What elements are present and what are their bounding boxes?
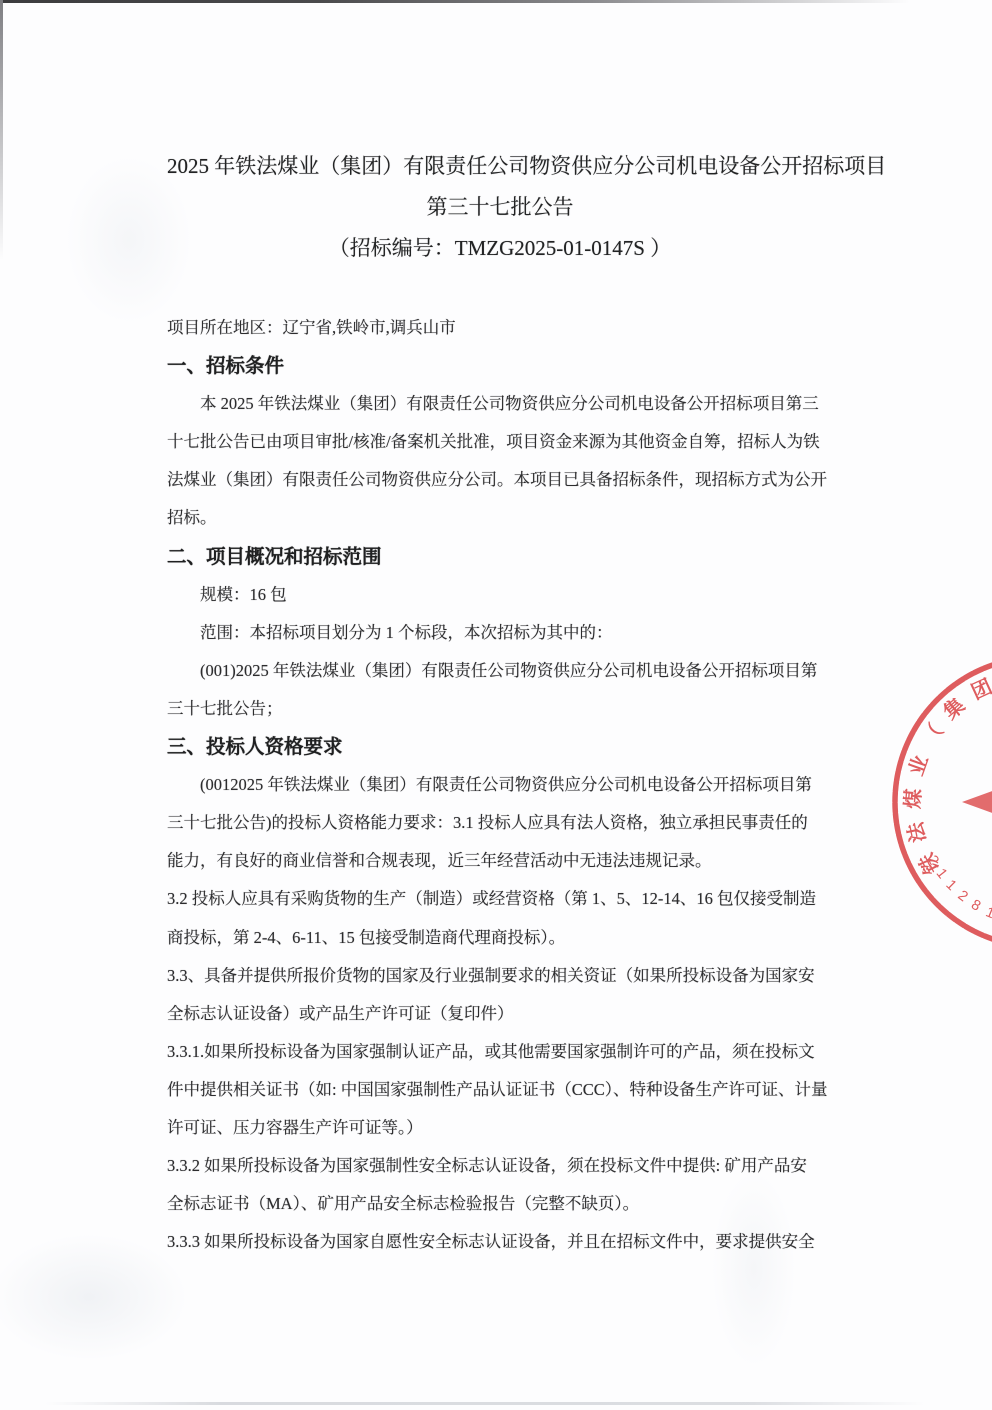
seal-serial-number: 2112810010 bbox=[924, 853, 992, 932]
title-block: 2025 年铁法煤业（集团）有限责任公司物资供应分公司机电设备公开招标项目第三十… bbox=[167, 146, 833, 269]
text-line: 十七批公告已由项目审批/核准/备案机关批准，项目资金来源为其他资金自筹，招标人为… bbox=[167, 423, 833, 461]
section-heading: 一、招标条件 bbox=[167, 347, 833, 385]
text-line: 三十七批公告)的投标人资格能力要求：3.1 投标人应具有法人资格，独立承担民事责… bbox=[167, 804, 833, 842]
text-line: 件中提供相关证书（如: 中国国家强制性产品认证证书（CCC）、特种设备生产许可证… bbox=[167, 1071, 833, 1109]
text-line: 3.2 投标人应具有采购货物的生产（制造）或经营资格（第 1、5、12-14、1… bbox=[167, 880, 833, 918]
seal-ring bbox=[895, 657, 992, 947]
text-line: (0012025 年铁法煤业（集团）有限责任公司物资供应分公司机电设备公开招标项… bbox=[167, 766, 833, 804]
scanned-document-page: 2025 年铁法煤业（集团）有限责任公司物资供应分公司机电设备公开招标项目第三十… bbox=[0, 0, 992, 1410]
text-line: 全标志证书（MA）、矿用产品安全标志检验报告（完整不缺页）。 bbox=[167, 1185, 833, 1223]
scan-artifact-left-edge bbox=[0, 0, 3, 260]
title-line: 2025 年铁法煤业（集团）有限责任公司物资供应分公司机电设备公开招标项目 bbox=[167, 146, 833, 187]
title-line: 第三十七批公告 bbox=[167, 187, 833, 228]
text-line: 招标。 bbox=[167, 499, 833, 537]
text-line: 3.3、具备并提供所报价货物的国家及行业强制要求的相关资证（如果所投标设备为国家… bbox=[167, 957, 833, 995]
text-line: 能力，有良好的商业信誉和合规表现，近三年经营活动中无违法违规记录。 bbox=[167, 842, 833, 880]
text-line: 全标志认证设备）或产品生产许可证（复印件） bbox=[167, 995, 833, 1033]
text-line: 项目所在地区：辽宁省,铁岭市,调兵山市 bbox=[167, 309, 833, 347]
text-line: 本 2025 年铁法煤业（集团）有限责任公司物资供应分公司机电设备公开招标项目第… bbox=[167, 385, 833, 423]
text-line: 3.3.1.如果所投标设备为国家强制认证产品，或其他需要国家强制许可的产品，须在… bbox=[167, 1033, 833, 1071]
text-line: (001)2025 年铁法煤业（集团）有限责任公司物资供应分公司机电设备公开招标… bbox=[167, 652, 833, 690]
section-heading: 二、项目概况和招标范围 bbox=[167, 538, 833, 576]
svg-text:铁法煤业（集团: 铁法煤业（集团 bbox=[900, 670, 992, 879]
scan-artifact-bottom-edge bbox=[45, 1402, 925, 1405]
seal-star bbox=[962, 728, 992, 876]
text-line: 许可证、压力容器生产许可证等。） bbox=[167, 1109, 833, 1147]
text-line: 3.3.3 如果所投标设备为国家自愿性安全标志认证设备，并且在招标文件中，要求提… bbox=[167, 1223, 833, 1261]
document-content: 2025 年铁法煤业（集团）有限责任公司物资供应分公司机电设备公开招标项目第三十… bbox=[167, 0, 833, 1261]
text-line: 商投标，第 2-4、6-11、15 包接受制造商代理商投标）。 bbox=[167, 919, 833, 957]
seal-arc-text: 铁法煤业（集团 bbox=[900, 670, 992, 879]
section-heading: 三、投标人资格要求 bbox=[167, 728, 833, 766]
text-line: 3.3.2 如果所投标设备为国家强制性安全标志认证设备，须在投标文件中提供: 矿… bbox=[167, 1147, 833, 1185]
text-line: 规模：16 包 bbox=[167, 576, 833, 614]
text-line: 三十七批公告； bbox=[167, 690, 833, 728]
title-line: （招标编号：TMZG2025-01-0147S ） bbox=[167, 228, 833, 269]
text-line: 范围：本招标项目划分为 1 个标段，本次招标为其中的： bbox=[167, 614, 833, 652]
text-line: 法煤业（集团）有限责任公司物资供应分公司。本项目已具备招标条件，现招标方式为公开 bbox=[167, 461, 833, 499]
svg-text:2112810010: 2112810010 bbox=[924, 853, 992, 932]
body-block: 项目所在地区：辽宁省,铁岭市,调兵山市一、招标条件本 2025 年铁法煤业（集团… bbox=[167, 309, 833, 1261]
